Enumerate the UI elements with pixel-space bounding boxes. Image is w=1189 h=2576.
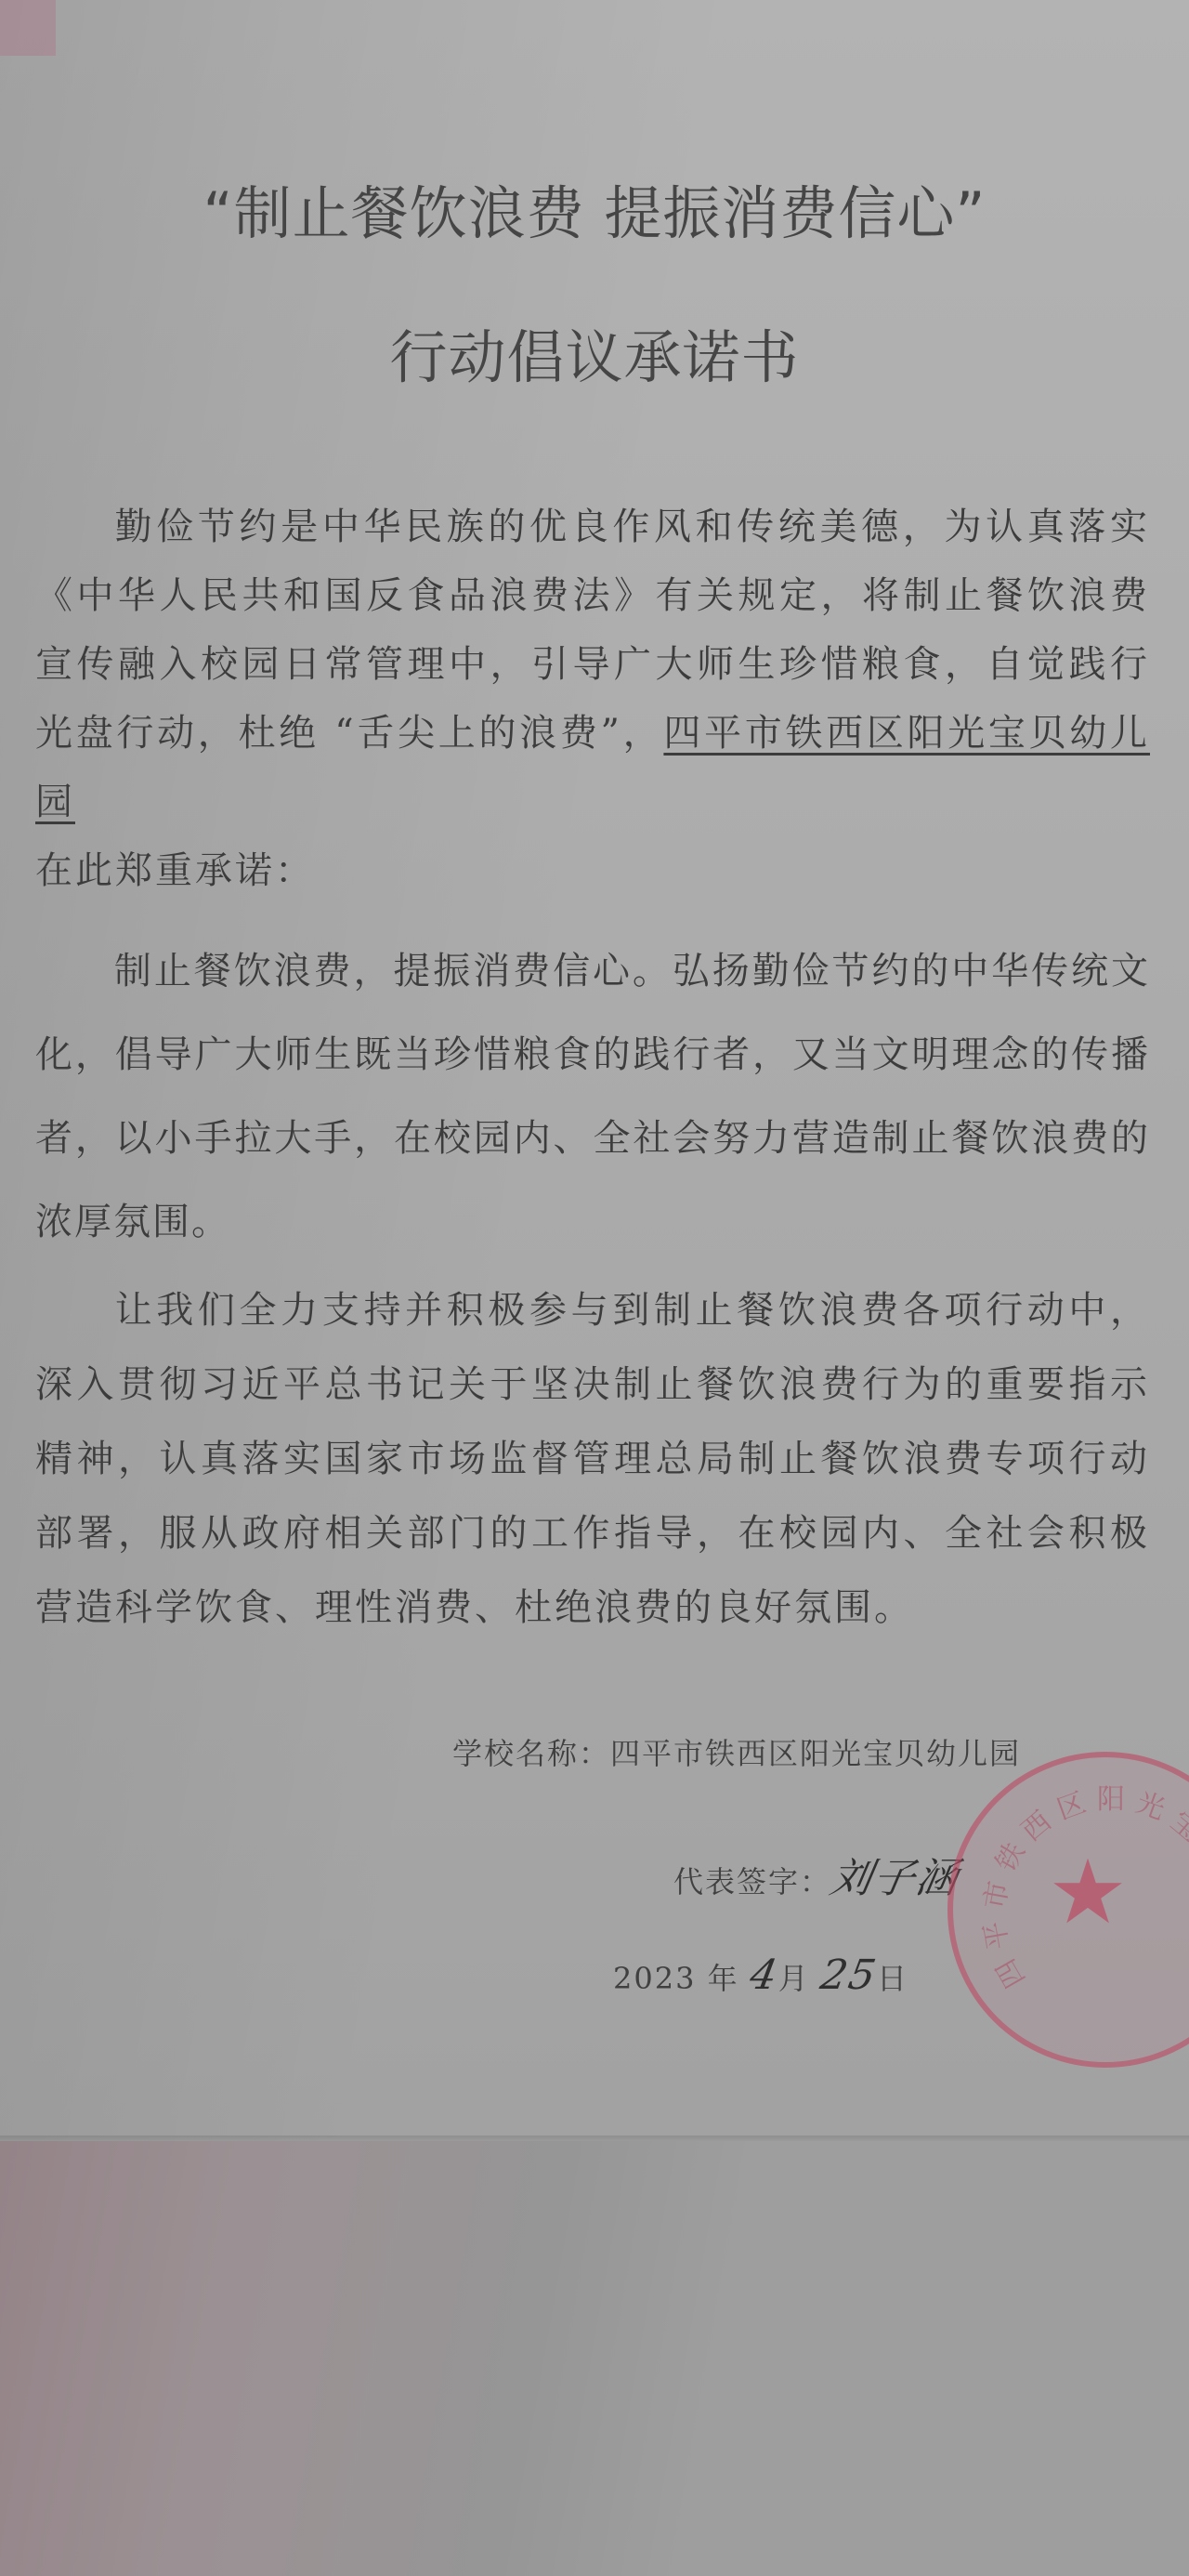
stamp-char: 铁 — [984, 1833, 1033, 1878]
date-month-handwritten: 4 — [746, 1952, 782, 1999]
underlying-sheet — [0, 2141, 1189, 2576]
stamp-char: 市 — [972, 1877, 1017, 1912]
date-row: 2023 年 4月 25日 — [613, 1952, 908, 1999]
commitment-text: 让我们全力支持并积极参与到制止餐饮浪费各项行动中，深入贯彻习近平总书记关于坚决制… — [35, 1289, 1150, 1629]
date-month-unit: 月 — [778, 1961, 810, 1996]
stamp-char: 阳 — [1097, 1776, 1125, 1817]
handwritten-signature: 刘子涵 — [826, 1845, 964, 1904]
school-name-label: 学校名称： — [452, 1736, 610, 1771]
date-year: 2023 — [613, 1961, 696, 1996]
school-name-value: 四平市铁西区阳光宝贝幼儿园 — [610, 1736, 1021, 1771]
paragraph-intro: 勤俭节约是中华民族的优良作风和传统美德，为认真落实《中华人民共和国反食品浪费法》… — [35, 493, 1150, 905]
pledge-text: 制止餐饮浪费，提振消费信心。弘扬勤俭节约的中华传统文化，倡导广大师生既当珍惜粮食… — [35, 950, 1150, 1243]
representative-label: 代表签字： — [673, 1864, 831, 1899]
stamp-char: 平 — [972, 1919, 1017, 1953]
paper-corner-shadow — [0, 0, 56, 56]
paragraph-pledge: 制止餐饮浪费，提振消费信心。弘扬勤俭节约的中华传统文化，倡导广大师生既当珍惜粮食… — [35, 929, 1150, 1264]
stamp-char: 区 — [1051, 1780, 1091, 1828]
official-seal-stamp: 四平市铁西区阳光宝贝幼儿园 ★ — [947, 1752, 1189, 2068]
date-year-unit: 年 — [708, 1961, 739, 1996]
date-day-handwritten: 25 — [817, 1952, 881, 1999]
stamp-char: 四 — [984, 1952, 1033, 1997]
star-icon: ★ — [1046, 1850, 1130, 1934]
date-day-unit: 日 — [877, 1961, 908, 1996]
pledge-lead-in: 在此郑重承诺： — [35, 849, 315, 892]
stamp-char: 光 — [1131, 1780, 1171, 1828]
paragraph-commitment: 让我们全力支持并积极参与到制止餐饮浪费各项行动中，深入贯彻习近平总书记关于坚决制… — [35, 1273, 1150, 1645]
document-subtitle: 行动倡议承诺书 — [0, 311, 1189, 394]
stamp-char: 宝 — [1164, 1799, 1189, 1848]
document-title: “制止餐饮浪费 提振消费信心” — [0, 167, 1189, 250]
school-name-row: 学校名称：四平市铁西区阳光宝贝幼儿园 — [452, 1730, 1021, 1773]
representative-signature-row: 代表签字：刘子涵 — [673, 1845, 960, 1904]
